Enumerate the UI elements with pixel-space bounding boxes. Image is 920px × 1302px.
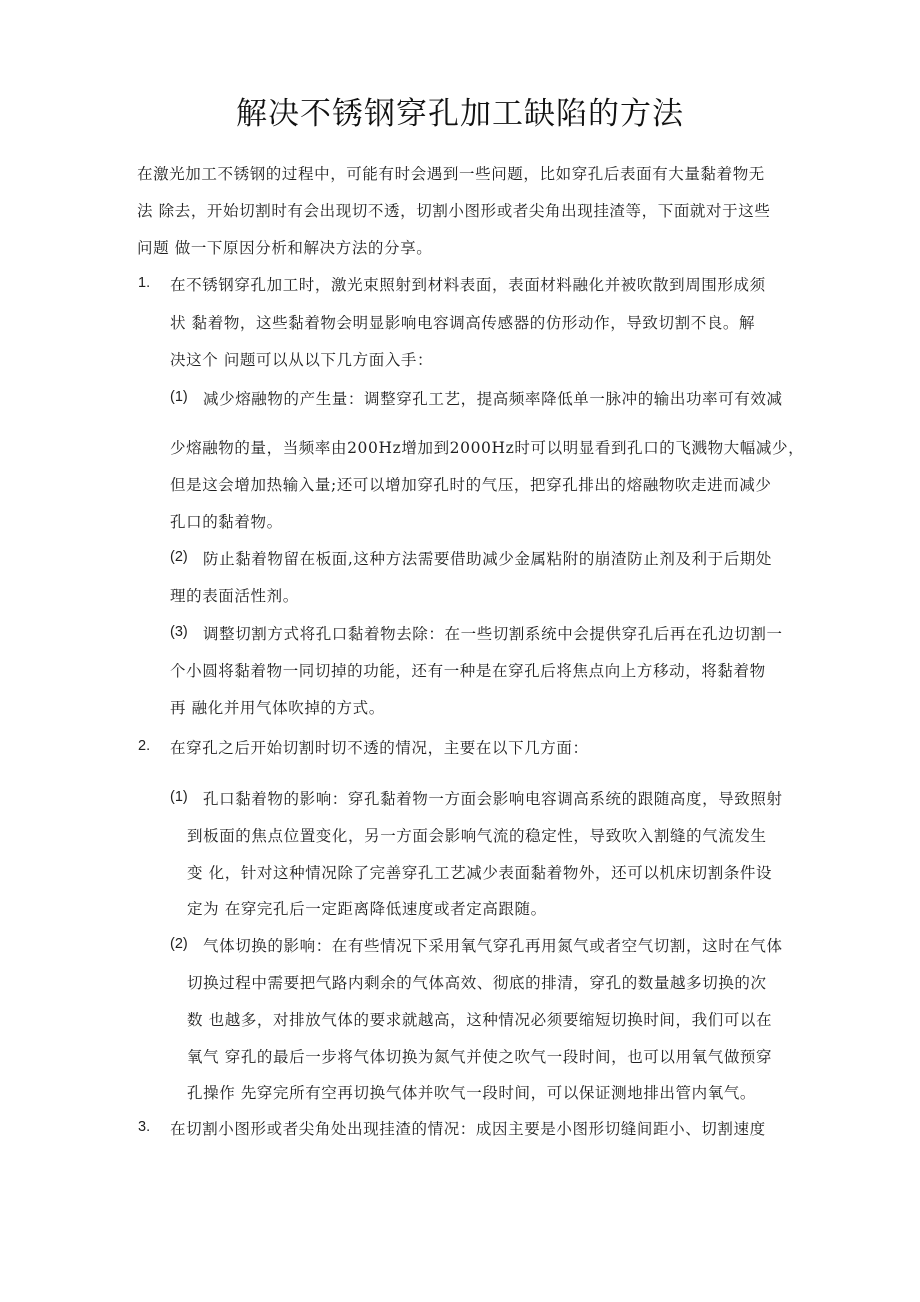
item-line: 防止黏着物留在板面,这种方法需要借助减少金属粘附的崩渣防止剂及利于后期处 (203, 547, 772, 569)
section-line: 在不锈钢穿孔加工时，激光束照射到材料表面，表面材料融化并被吹散到周围形成须 (170, 273, 766, 295)
intro-line: 问题 做一下原因分析和解决方法的分享。 (137, 236, 432, 258)
item-number: (2) (170, 936, 188, 952)
item-number: (1) (170, 389, 188, 405)
section-line: 在穿孔之后开始切割时切不透的情况，主要在以下几方面： (170, 736, 589, 758)
item-line: 切换过程中需要把气路内剩余的气体高效、彻底的排清，穿孔的数量越多切换的次 (187, 971, 767, 993)
item-line: 少熔融物的量，当频率由200Hz增加到2000Hz时可以明显看到孔口的飞溅物大幅… (170, 436, 804, 458)
item-line: 孔操作 先穿完所有空再切换气体并吹气一段时间，可以保证测地排出管内氧气。 (187, 1081, 756, 1103)
section-number: 1. (138, 275, 150, 291)
item-line: 个小圆将黏着物一同切掉的功能，还有一种是在穿孔后将焦点向上方移动，将黏着物 (170, 659, 766, 681)
section-number: 2. (138, 738, 150, 754)
item-line: 定为 在穿完孔后一定距离降低速度或者定高跟随。 (187, 897, 547, 919)
item-line: 数 也越多，对排放气体的要求就越高，这种情况必须要缩短切换时间，我们可以在 (187, 1008, 772, 1030)
item-line: 减少熔融物的产生量：调整穿孔工艺，提高频率降低单一脉冲的输出功率可有效减 (203, 387, 783, 409)
section-line: 决这个 问题可以从以下几方面入手： (170, 348, 433, 370)
item-line: 孔口黏着物的影响：穿孔黏着物一方面会影响电容调高系统的跟随高度，导致照射 (203, 787, 783, 809)
item-number: (3) (170, 624, 188, 640)
section-line: 在切割小图形或者尖角处出现挂渣的情况：成因主要是小图形切缝间距小、切割速度 (170, 1117, 766, 1139)
intro-line: 在激光加工不锈钢的过程中，可能有时会遇到一些问题，比如穿孔后表面有大量黏着物无 (137, 162, 765, 184)
item-line: 理的表面活性剂。 (170, 584, 299, 606)
item-number: (2) (170, 549, 188, 565)
item-line: 但是这会增加热输入量;还可以增加穿孔时的气压，把穿孔排出的熔融物吹走进而减少 (170, 473, 772, 495)
section-line: 状 黏着物，这些黏着物会明显影响电容调高传感器的仿形动作，导致切割不良。解 (170, 311, 755, 333)
document-title: 解决不锈钢穿孔加工缺陷的方法 (0, 88, 920, 133)
section-number: 3. (138, 1119, 150, 1135)
item-line: 调整切割方式将孔口黏着物去除：在一些切割系统中会提供穿孔后再在孔边切割一 (203, 622, 783, 644)
item-number: (1) (170, 789, 188, 805)
intro-line: 法 除去，开始切割时有会出现切不透，切割小图形或者尖角出现挂渣等，下面就对于这些 (137, 199, 770, 221)
item-line: 孔口的黏着物。 (170, 510, 283, 532)
item-line: 氧气 穿孔的最后一步将气体切换为氮气并使之吹气一段时间，也可以用氧气做预穿 (187, 1045, 772, 1067)
item-line: 气体切换的影响：在有些情况下采用氧气穿孔再用氮气或者空气切割，这时在气体 (203, 934, 783, 956)
item-line: 变 化，针对这种情况除了完善穿孔工艺减少表面黏着物外，还可以机床切割条件设 (187, 861, 772, 883)
document-page: 解决不锈钢穿孔加工缺陷的方法 在激光加工不锈钢的过程中，可能有时会遇到一些问题，… (0, 0, 920, 1302)
item-line: 再 融化并用气体吹掉的方式。 (170, 696, 385, 718)
item-line: 到板面的焦点位置变化，另一方面会影响气流的稳定性，导致吹入割缝的气流发生 (187, 824, 767, 846)
